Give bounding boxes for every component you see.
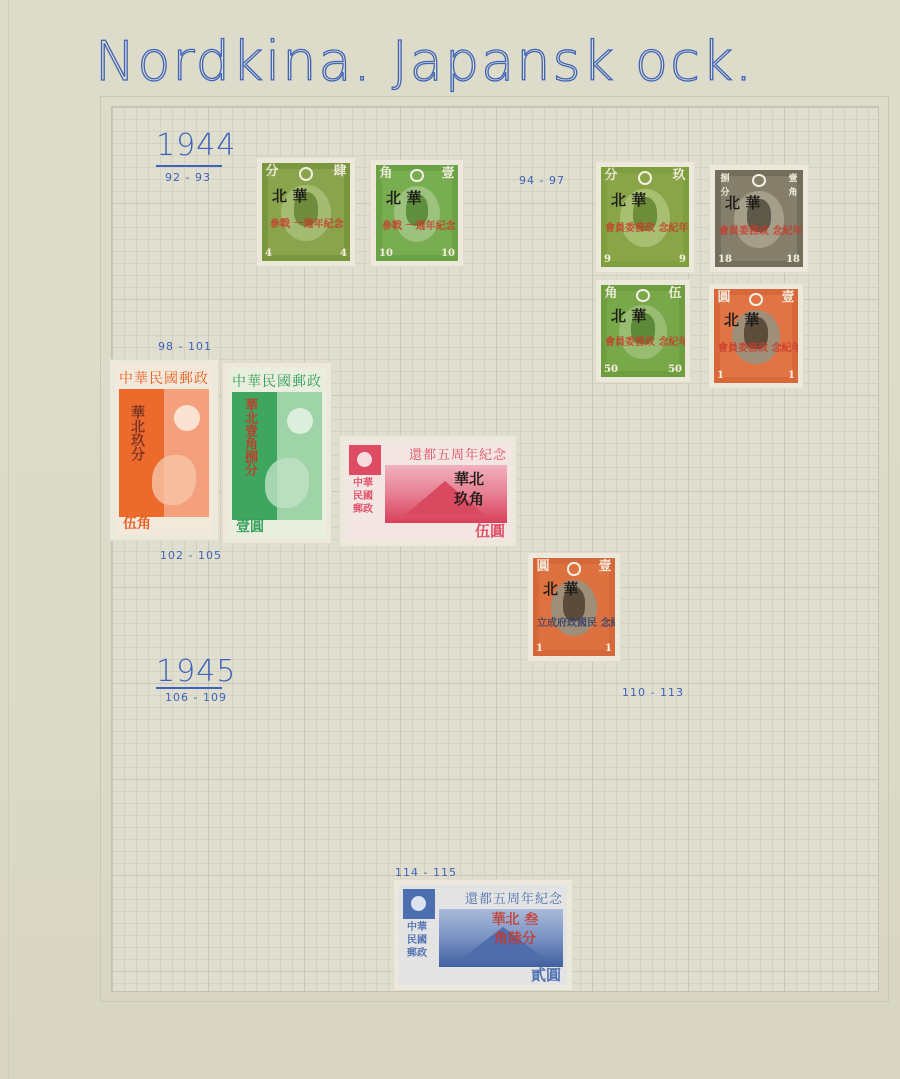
overprint-black: 北 華 bbox=[725, 192, 760, 213]
year-underline bbox=[156, 687, 222, 689]
stamp-rose-mountain[interactable]: 還都五周年紀念 中華民國郵政 華北 玖角 伍圓 bbox=[340, 436, 516, 546]
overprint-red: 會員委務政 念紀年週四 bbox=[605, 219, 689, 234]
stamp-top-inscription: 中華民國郵政 bbox=[119, 368, 209, 388]
stamp-1-dollar-anniversary[interactable]: 圓 壹 北 華 立成府政國民 念紀年週六 1 1 bbox=[528, 553, 620, 661]
overprint-red: 會員委務政 念紀年週四 bbox=[719, 222, 803, 237]
stamp-orange-rice-cotton[interactable]: 中華民國郵政 華北玖分 伍角 bbox=[110, 360, 218, 540]
stamp-blue-mountain[interactable]: 還都五周年紀念 中華民國郵政 華北 叁角陸分 貳圓 bbox=[394, 880, 572, 990]
stamp-top-inscription: 中華民國郵政 bbox=[232, 371, 322, 391]
stamp-10-cent[interactable]: 角 壹 北 華 參戰 一週年紀念 10 10 bbox=[371, 160, 463, 266]
year-underline bbox=[156, 165, 222, 167]
year-heading-1944: 1944 bbox=[156, 128, 236, 163]
overprint-black: 華北 玖角 bbox=[447, 469, 491, 509]
overprint-red: 華北 叁角陸分 bbox=[487, 911, 543, 949]
range-label-106-109: 106 - 109 bbox=[165, 691, 227, 704]
stamp-9-fen[interactable]: 分 玖 北 華 會員委務政 念紀年週四 9 9 bbox=[596, 162, 694, 272]
stamp-green-rice-cotton[interactable]: 中華民國郵政 華北壹角捌分 壹圓 bbox=[223, 363, 331, 543]
overprint-black: 北 華 bbox=[611, 189, 646, 210]
stamp-top-inscription: 還都五周年紀念 bbox=[443, 888, 563, 907]
overprint-red: 參戰 一週年紀念 bbox=[270, 215, 343, 230]
stamp-50-cent[interactable]: 角 伍 北 華 會員委務政 念紀年週四 50 50 bbox=[596, 280, 690, 382]
overprint-red: 會員委務政 念紀年週四 bbox=[718, 339, 798, 354]
stamp-top-inscription: 還都五周年紀念 bbox=[389, 444, 507, 463]
range-label-102-105: 102 - 105 bbox=[160, 549, 222, 562]
overprint-black: 華北玖分 bbox=[127, 405, 147, 461]
range-label-110-113: 110 - 113 bbox=[622, 686, 684, 699]
overprint-blue: 立成府政國民 念紀年週六 bbox=[537, 614, 615, 629]
range-label-92-93: 92 - 93 bbox=[165, 171, 211, 184]
stamp-4-fen[interactable]: 分 肆 北 華 參戰 一週年紀念 4 4 bbox=[257, 158, 355, 266]
stamp-value: 伍圓 bbox=[475, 520, 505, 541]
overprint-red: 會員委務政 念紀年週四 bbox=[605, 333, 685, 348]
overprint-black: 北 華 bbox=[272, 185, 307, 206]
stamp-1-dollar[interactable]: 圓 壹 北 華 會員委務政 念紀年週四 1 1 bbox=[709, 284, 803, 388]
range-label-98-101: 98 - 101 bbox=[158, 340, 212, 353]
stamp-18-cent[interactable]: 捌分 壹角 北 華 會員委務政 念紀年週四 18 18 bbox=[710, 165, 808, 272]
overprint-red: 華北壹角捌分 bbox=[240, 398, 259, 476]
overprint-black: 北 華 bbox=[386, 187, 421, 208]
album-page: Nordkina. Japansk ock. 1944 92 - 93 94 -… bbox=[0, 0, 900, 1079]
stamp-value: 伍角 bbox=[123, 513, 151, 533]
range-label-94-97: 94 - 97 bbox=[519, 174, 565, 187]
overprint-black: 北 華 bbox=[543, 578, 578, 599]
overprint-black: 北 華 bbox=[611, 305, 646, 326]
range-label-114-115: 114 - 115 bbox=[395, 866, 457, 879]
stamp-value: 壹圓 bbox=[236, 516, 264, 536]
page-edge bbox=[8, 0, 9, 1079]
page-title: Nordkina. Japansk ock. bbox=[95, 30, 754, 93]
overprint-red: 參戰 一週年紀念 bbox=[382, 217, 455, 232]
stamp-value: 貳圓 bbox=[531, 964, 561, 985]
overprint-black: 北 華 bbox=[724, 309, 759, 330]
year-heading-1945: 1945 bbox=[156, 654, 236, 689]
